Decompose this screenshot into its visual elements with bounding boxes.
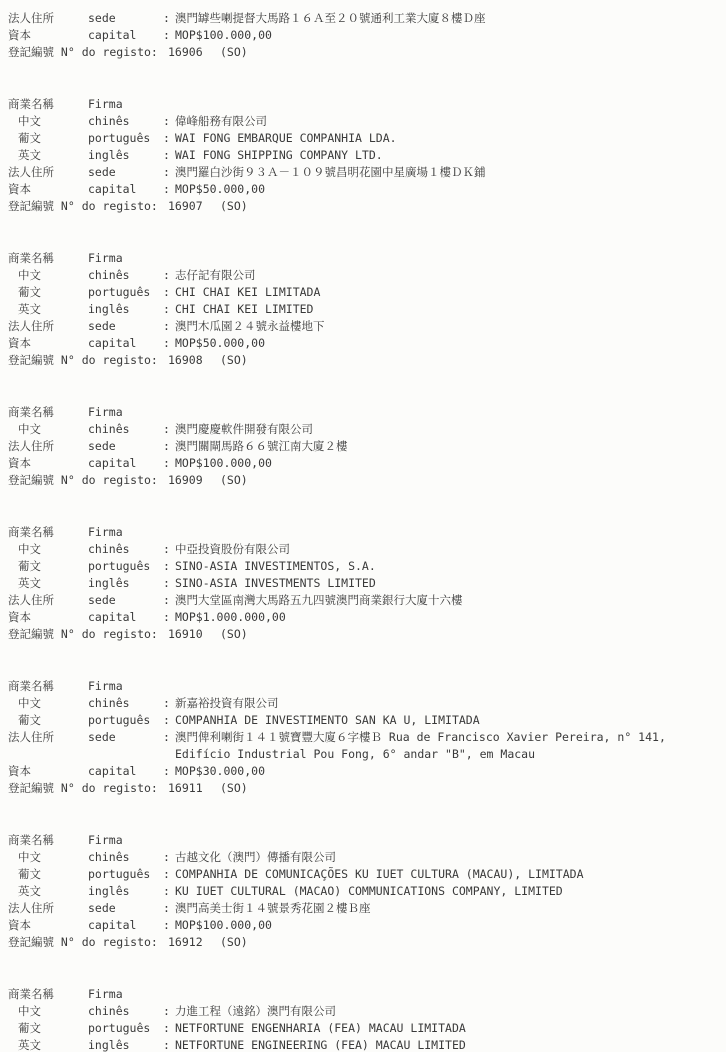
label-pt: chinês xyxy=(88,267,163,284)
label-pt: Firma xyxy=(88,250,163,267)
label-zh: 商業名稱 xyxy=(8,524,88,541)
field-row: 英文inglês:CHI CHAI KEI LIMITED xyxy=(8,301,722,318)
field-value: WAI FONG EMBARQUE COMPANHIA LDA. xyxy=(175,130,397,147)
field-row: 英文inglês:WAI FONG SHIPPING COMPANY LTD. xyxy=(8,147,722,164)
label-zh: 資本 xyxy=(8,763,88,780)
colon-separator: : xyxy=(163,455,175,472)
field-value: 澳門木瓜園２４號永益樓地下 xyxy=(175,318,325,335)
label-pt: inglês xyxy=(88,301,163,318)
registo-suffix: (SO) xyxy=(220,472,248,489)
registo-row: 登記編號 N° do registo:16909(SO) xyxy=(8,472,722,489)
label-pt: chinês xyxy=(88,1003,163,1020)
label-pt: Firma xyxy=(88,986,163,1003)
registo-suffix: (SO) xyxy=(220,198,248,215)
label-zh: 資本 xyxy=(8,335,88,352)
field-row: 中文chinês:偉峰船務有限公司 xyxy=(8,113,722,130)
field-value: WAI FONG SHIPPING COMPANY LTD. xyxy=(175,147,383,164)
label-pt: chinês xyxy=(88,113,163,130)
field-row: 中文chinês:新嘉裕投資有限公司 xyxy=(8,695,722,712)
registo-number: 16910 xyxy=(168,626,220,643)
label-pt: sede xyxy=(88,164,163,181)
label-pt: português xyxy=(88,712,163,729)
registo-number: 16909 xyxy=(168,472,220,489)
field-value: MOP$100.000,00 xyxy=(175,917,272,934)
field-value: SINO-ASIA INVESTMENTS LIMITED xyxy=(175,575,376,592)
colon-separator: : xyxy=(163,335,175,352)
field-row: 英文inglês:SINO-ASIA INVESTMENTS LIMITED xyxy=(8,575,722,592)
label-pt: capital xyxy=(88,335,163,352)
label-zh: 英文 xyxy=(8,147,88,164)
registo-label: 登記編號 N° do registo: xyxy=(8,472,168,489)
field-row: 葡文português:COMPANHIA DE INVESTIMENTO SA… xyxy=(8,712,722,729)
registry-entry: 商業名稱Firma中文chinês:力進工程（遠銘）澳門有限公司葡文portug… xyxy=(8,986,722,1052)
field-row: 葡文português:NETFORTUNE ENGENHARIA (FEA) … xyxy=(8,1020,722,1037)
colon-separator: : xyxy=(163,558,175,575)
label-zh: 商業名稱 xyxy=(8,986,88,1003)
label-zh: 葡文 xyxy=(8,1020,88,1037)
colon-separator: : xyxy=(163,849,175,866)
label-pt: capital xyxy=(88,181,163,198)
field-value: 澳門關閘馬路６６號江南大廈２樓 xyxy=(175,438,348,455)
field-row: 葡文português:CHI CHAI KEI LIMITADA xyxy=(8,284,722,301)
label-zh: 資本 xyxy=(8,917,88,934)
registry-entry: 商業名稱Firma中文chinês:偉峰船務有限公司葡文português:WA… xyxy=(8,96,722,215)
label-zh: 英文 xyxy=(8,301,88,318)
registo-label: 登記編號 N° do registo: xyxy=(8,198,168,215)
label-pt: português xyxy=(88,284,163,301)
field-value: NETFORTUNE ENGINEERING (FEA) MACAU LIMIT… xyxy=(175,1037,466,1052)
colon-separator: : xyxy=(163,609,175,626)
label-zh: 法人住所 xyxy=(8,729,88,746)
registo-label: 登記編號 N° do registo: xyxy=(8,626,168,643)
label-pt: sede xyxy=(88,900,163,917)
registo-row: 登記編號 N° do registo:16912(SO) xyxy=(8,934,722,951)
colon-separator: : xyxy=(163,10,175,27)
field-value: MOP$30.000,00 xyxy=(175,763,265,780)
label-zh: 中文 xyxy=(8,695,88,712)
registo-row: 登記編號 N° do registo:16910(SO) xyxy=(8,626,722,643)
label-pt: sede xyxy=(88,592,163,609)
label-pt: chinês xyxy=(88,541,163,558)
label-zh: 法人住所 xyxy=(8,592,88,609)
colon-separator: : xyxy=(163,763,175,780)
label-pt: inglês xyxy=(88,575,163,592)
label-pt: chinês xyxy=(88,695,163,712)
label-pt: inglês xyxy=(88,147,163,164)
colon-separator: : xyxy=(163,917,175,934)
field-row: 英文inglês:KU IUET CULTURAL (MACAO) COMMUN… xyxy=(8,883,722,900)
label-zh: 中文 xyxy=(8,849,88,866)
label-pt: Firma xyxy=(88,524,163,541)
registo-number: 16908 xyxy=(168,352,220,369)
registry-entry: 商業名稱Firma中文chinês:古越文化（澳門）傳播有限公司葡文portug… xyxy=(8,832,722,951)
registry-entry: 商業名稱Firma中文chinês:中亞投資股份有限公司葡文português:… xyxy=(8,524,722,643)
field-value: 澳門羅白沙街９３Ａ－１０９號昌明花園中星廣場１樓ＤＫ鋪 xyxy=(175,164,486,181)
registo-number: 16911 xyxy=(168,780,220,797)
field-row: 資本capital:MOP$50.000,00 xyxy=(8,335,722,352)
colon-separator: : xyxy=(163,541,175,558)
field-row: 中文chinês:澳門慶慶軟件開發有限公司 xyxy=(8,421,722,438)
label-zh: 商業名稱 xyxy=(8,96,88,113)
field-row: 法人住所sede:澳門高美士街１４號景秀花園２樓Ｂ座 xyxy=(8,900,722,917)
registo-row: 登記編號 N° do registo:16911(SO) xyxy=(8,780,722,797)
entry-header-row: 商業名稱Firma xyxy=(8,524,722,541)
field-row: 中文chinês:力進工程（遠銘）澳門有限公司 xyxy=(8,1003,722,1020)
registo-suffix: (SO) xyxy=(220,626,248,643)
colon-separator: : xyxy=(163,1020,175,1037)
label-pt: Firma xyxy=(88,404,163,421)
label-pt: Firma xyxy=(88,678,163,695)
colon-separator: : xyxy=(163,421,175,438)
registo-label: 登記編號 N° do registo: xyxy=(8,780,168,797)
colon-separator: : xyxy=(163,900,175,917)
field-value: 澳門高美士街１４號景秀花園２樓Ｂ座 xyxy=(175,900,371,917)
field-row: 法人住所sede:澳門羅白沙街９３Ａ－１０９號昌明花園中星廣場１樓ＤＫ鋪 xyxy=(8,164,722,181)
field-value: 中亞投資股份有限公司 xyxy=(175,541,290,558)
colon-separator: : xyxy=(163,592,175,609)
colon-separator: : xyxy=(163,27,175,44)
colon-separator: : xyxy=(163,147,175,164)
colon-separator: : xyxy=(163,130,175,147)
field-value: 澳門俾利喇街１４１號寶豐大廈６字樓Ｂ Rua de Francisco Xavi… xyxy=(175,729,666,763)
colon-separator: : xyxy=(163,883,175,900)
registo-suffix: (SO) xyxy=(220,780,248,797)
field-value: 古越文化（澳門）傳播有限公司 xyxy=(175,849,336,866)
label-zh: 英文 xyxy=(8,575,88,592)
label-zh: 資本 xyxy=(8,27,88,44)
registo-label: 登記編號 N° do registo: xyxy=(8,44,168,61)
label-zh: 中文 xyxy=(8,421,88,438)
colon-separator: : xyxy=(163,284,175,301)
label-pt: sede xyxy=(88,10,163,27)
entry-header-row: 商業名稱Firma xyxy=(8,96,722,113)
registo-suffix: (SO) xyxy=(220,44,248,61)
label-zh: 法人住所 xyxy=(8,900,88,917)
label-zh: 法人住所 xyxy=(8,10,88,27)
registo-number: 16912 xyxy=(168,934,220,951)
field-row: 中文chinês:古越文化（澳門）傳播有限公司 xyxy=(8,849,722,866)
label-zh: 中文 xyxy=(8,541,88,558)
field-row: 葡文português:WAI FONG EMBARQUE COMPANHIA … xyxy=(8,130,722,147)
entry-header-row: 商業名稱Firma xyxy=(8,404,722,421)
label-zh: 商業名稱 xyxy=(8,832,88,849)
label-zh: 資本 xyxy=(8,455,88,472)
field-row: 葡文português:SINO-ASIA INVESTIMENTOS, S.A… xyxy=(8,558,722,575)
field-value: KU IUET CULTURAL (MACAO) COMMUNICATIONS … xyxy=(175,883,563,900)
colon-separator: : xyxy=(163,1003,175,1020)
label-pt: capital xyxy=(88,917,163,934)
label-zh: 英文 xyxy=(8,1037,88,1052)
label-pt: português xyxy=(88,866,163,883)
registry-entry: 法人住所sede:澳門罅些喇提督大馬路１６Ａ至２０號通利工業大廈８樓Ｄ座資本ca… xyxy=(8,10,722,61)
label-zh: 資本 xyxy=(8,609,88,626)
label-zh: 葡文 xyxy=(8,866,88,883)
field-row: 法人住所sede:澳門俾利喇街１４１號寶豐大廈６字樓Ｂ Rua de Franc… xyxy=(8,729,722,763)
label-zh: 葡文 xyxy=(8,558,88,575)
registo-label: 登記編號 N° do registo: xyxy=(8,934,168,951)
registo-label: 登記編號 N° do registo: xyxy=(8,352,168,369)
label-zh: 商業名稱 xyxy=(8,678,88,695)
field-row: 法人住所sede:澳門大堂區南灣大馬路五九四號澳門商業銀行大廈十六樓 xyxy=(8,592,722,609)
field-row: 資本capital:MOP$50.000,00 xyxy=(8,181,722,198)
colon-separator: : xyxy=(163,181,175,198)
field-value: SINO-ASIA INVESTIMENTOS, S.A. xyxy=(175,558,376,575)
field-row: 資本capital:MOP$100.000,00 xyxy=(8,917,722,934)
colon-separator: : xyxy=(163,438,175,455)
field-value: 澳門罅些喇提督大馬路１６Ａ至２０號通利工業大廈８樓Ｄ座 xyxy=(175,10,486,27)
label-zh: 法人住所 xyxy=(8,438,88,455)
registry-entry: 商業名稱Firma中文chinês:志仔記有限公司葡文português:CHI… xyxy=(8,250,722,369)
label-pt: chinês xyxy=(88,421,163,438)
label-pt: Firma xyxy=(88,832,163,849)
label-pt: sede xyxy=(88,729,163,746)
field-value: CHI CHAI KEI LIMITED xyxy=(175,301,313,318)
label-zh: 法人住所 xyxy=(8,164,88,181)
field-row: 資本capital:MOP$100.000,00 xyxy=(8,27,722,44)
field-value: MOP$50.000,00 xyxy=(175,181,265,198)
registo-suffix: (SO) xyxy=(220,352,248,369)
label-pt: português xyxy=(88,558,163,575)
entry-header-row: 商業名稱Firma xyxy=(8,832,722,849)
label-pt: Firma xyxy=(88,96,163,113)
label-pt: sede xyxy=(88,438,163,455)
field-value: 澳門大堂區南灣大馬路五九四號澳門商業銀行大廈十六樓 xyxy=(175,592,463,609)
registry-entry: 商業名稱Firma中文chinês:新嘉裕投資有限公司葡文português:C… xyxy=(8,678,722,797)
label-pt: português xyxy=(88,130,163,147)
colon-separator: : xyxy=(163,695,175,712)
label-pt: inglês xyxy=(88,1037,163,1052)
entry-header-row: 商業名稱Firma xyxy=(8,986,722,1003)
colon-separator: : xyxy=(163,575,175,592)
colon-separator: : xyxy=(163,712,175,729)
colon-separator: : xyxy=(163,113,175,130)
colon-separator: : xyxy=(163,164,175,181)
field-value: 力進工程（遠銘）澳門有限公司 xyxy=(175,1003,336,1020)
field-row: 資本capital:MOP$30.000,00 xyxy=(8,763,722,780)
entry-header-row: 商業名稱Firma xyxy=(8,250,722,267)
label-zh: 英文 xyxy=(8,883,88,900)
field-row: 法人住所sede:澳門關閘馬路６６號江南大廈２樓 xyxy=(8,438,722,455)
field-value: COMPANHIA DE COMUNICAÇÕES KU IUET CULTUR… xyxy=(175,866,584,883)
field-row: 英文inglês:NETFORTUNE ENGINEERING (FEA) MA… xyxy=(8,1037,722,1052)
label-zh: 法人住所 xyxy=(8,318,88,335)
registo-row: 登記編號 N° do registo:16908(SO) xyxy=(8,352,722,369)
label-zh: 中文 xyxy=(8,113,88,130)
document-page: 法人住所sede:澳門罅些喇提督大馬路１６Ａ至２０號通利工業大廈８樓Ｄ座資本ca… xyxy=(0,0,726,1052)
field-value: MOP$1.000.000,00 xyxy=(175,609,286,626)
colon-separator: : xyxy=(163,301,175,318)
label-pt: inglês xyxy=(88,883,163,900)
colon-separator: : xyxy=(163,318,175,335)
colon-separator: : xyxy=(163,267,175,284)
registo-row: 登記編號 N° do registo:16907(SO) xyxy=(8,198,722,215)
label-zh: 葡文 xyxy=(8,284,88,301)
label-pt: capital xyxy=(88,763,163,780)
field-row: 中文chinês:志仔記有限公司 xyxy=(8,267,722,284)
label-pt: português xyxy=(88,1020,163,1037)
label-pt: sede xyxy=(88,318,163,335)
field-row: 葡文português:COMPANHIA DE COMUNICAÇÕES KU… xyxy=(8,866,722,883)
field-value: MOP$50.000,00 xyxy=(175,335,265,352)
label-zh: 商業名稱 xyxy=(8,404,88,421)
field-row: 法人住所sede:澳門罅些喇提督大馬路１６Ａ至２０號通利工業大廈８樓Ｄ座 xyxy=(8,10,722,27)
field-value: 新嘉裕投資有限公司 xyxy=(175,695,279,712)
field-value: MOP$100.000,00 xyxy=(175,455,272,472)
field-value: MOP$100.000,00 xyxy=(175,27,272,44)
label-zh: 葡文 xyxy=(8,712,88,729)
field-value: COMPANHIA DE INVESTIMENTO SAN KA U, LIMI… xyxy=(175,712,480,729)
colon-separator: : xyxy=(163,729,175,746)
registo-suffix: (SO) xyxy=(220,934,248,951)
field-row: 中文chinês:中亞投資股份有限公司 xyxy=(8,541,722,558)
label-pt: capital xyxy=(88,609,163,626)
field-value: 志仔記有限公司 xyxy=(175,267,256,284)
registry-entry: 商業名稱Firma中文chinês:澳門慶慶軟件開發有限公司法人住所sede:澳… xyxy=(8,404,722,489)
field-row: 資本capital:MOP$100.000,00 xyxy=(8,455,722,472)
label-pt: capital xyxy=(88,27,163,44)
label-pt: chinês xyxy=(88,849,163,866)
entry-header-row: 商業名稱Firma xyxy=(8,678,722,695)
registo-number: 16906 xyxy=(168,44,220,61)
registo-row: 登記編號 N° do registo:16906(SO) xyxy=(8,44,722,61)
colon-separator: : xyxy=(163,866,175,883)
label-zh: 葡文 xyxy=(8,130,88,147)
field-value: CHI CHAI KEI LIMITADA xyxy=(175,284,320,301)
registo-number: 16907 xyxy=(168,198,220,215)
label-pt: capital xyxy=(88,455,163,472)
field-row: 法人住所sede:澳門木瓜園２４號永益樓地下 xyxy=(8,318,722,335)
label-zh: 中文 xyxy=(8,1003,88,1020)
field-value: 偉峰船務有限公司 xyxy=(175,113,267,130)
field-row: 資本capital:MOP$1.000.000,00 xyxy=(8,609,722,626)
colon-separator: : xyxy=(163,1037,175,1052)
label-zh: 中文 xyxy=(8,267,88,284)
field-value: 澳門慶慶軟件開發有限公司 xyxy=(175,421,313,438)
label-zh: 資本 xyxy=(8,181,88,198)
label-zh: 商業名稱 xyxy=(8,250,88,267)
field-value: NETFORTUNE ENGENHARIA (FEA) MACAU LIMITA… xyxy=(175,1020,466,1037)
